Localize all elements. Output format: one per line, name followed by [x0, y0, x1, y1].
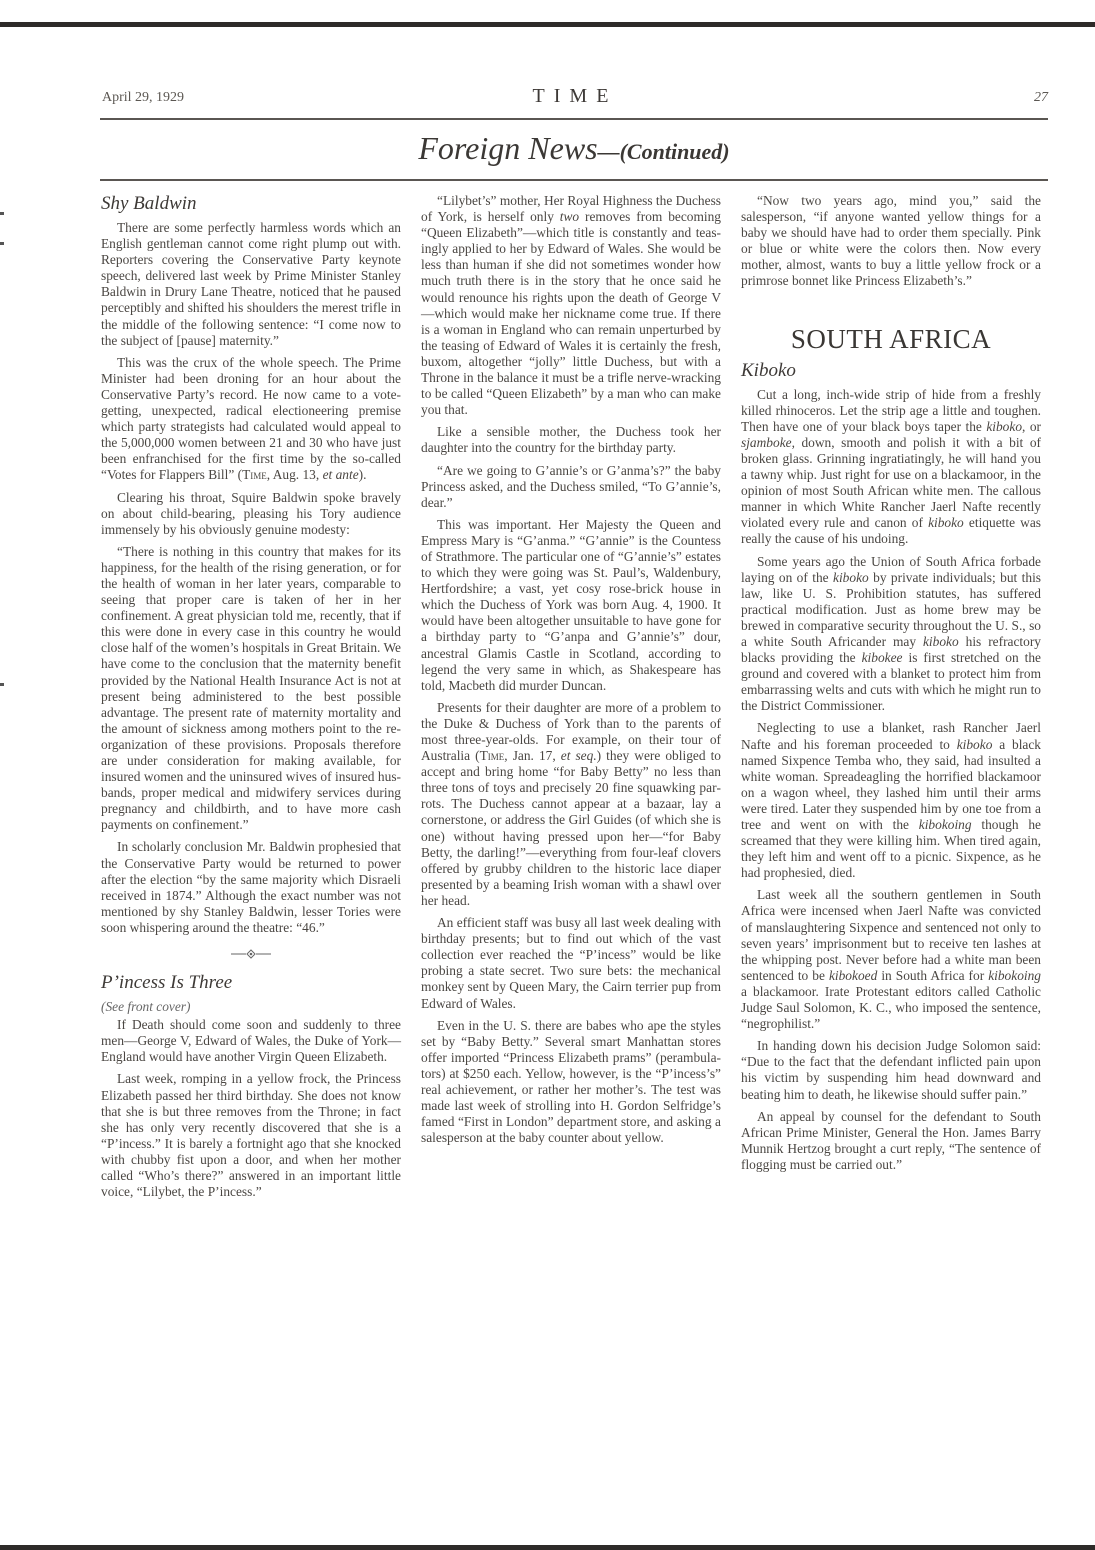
column-3: “Now two years ago, mind you,” said the … — [741, 193, 1041, 1179]
column-1: Shy Baldwin There are some perfectly har… — [101, 193, 401, 1206]
running-head: April 29, 1929 TIME 27 — [102, 84, 1048, 114]
paragraph: Some years ago the Union of South Africa… — [741, 554, 1041, 715]
diamond-rule-icon — [231, 949, 271, 959]
section-continued: —(Continued) — [598, 139, 730, 164]
paragraph: “Are we going to G’annie’s or G’an­ma’s?… — [421, 463, 721, 511]
paragraph: “Now two years ago, mind you,” said the … — [741, 193, 1041, 290]
margin-mark — [0, 212, 4, 215]
paragraph: In handing down his decision Judge Solom… — [741, 1038, 1041, 1102]
paragraph: In scholarly conclusion Mr. Baldwin prop… — [101, 839, 401, 936]
paragraph: There are some perfectly harmless words … — [101, 220, 401, 349]
section-title: Foreign News—(Continued) — [100, 130, 1048, 167]
paragraph: Even in the U. S. there are babes who ap… — [421, 1018, 721, 1147]
time-citation: Time — [480, 748, 505, 763]
column-2: “Lilybet’s” mother, Her Royal Highness t… — [421, 193, 721, 1152]
bottom-border-rule — [0, 1545, 1095, 1550]
paragraph: An efficient staff was busy all last wee… — [421, 915, 721, 1012]
paragraph: An appeal by counsel for the defendant t… — [741, 1109, 1041, 1173]
margin-mark — [0, 242, 4, 245]
article-separator-ornament — [101, 944, 401, 964]
paragraph: Cut a long, inch-wide strip of hide from… — [741, 387, 1041, 548]
section-rule — [100, 179, 1048, 181]
paragraph: Last week all the southern gentlemen in … — [741, 887, 1041, 1032]
time-citation: Time — [242, 467, 267, 482]
header-rule — [100, 118, 1048, 120]
paragraph: This was the crux of the whole speech. T… — [101, 355, 401, 484]
margin-mark — [0, 683, 4, 686]
article-kicker: (See front cover) — [101, 999, 401, 1015]
paragraph: Clearing his throat, Squire Baldwin spok… — [101, 490, 401, 538]
paragraph: This was important. Her Majesty the Quee… — [421, 517, 721, 694]
section-name: Foreign News — [418, 130, 597, 166]
top-border-rule — [0, 22, 1095, 27]
paragraph: Neglecting to use a blanket, rash Ranche… — [741, 720, 1041, 881]
article-headline: P’incess Is Three — [101, 972, 401, 994]
paragraph: If Death should come soon and sud­denly … — [101, 1017, 401, 1065]
paragraph: Presents for their daughter are more of … — [421, 700, 721, 909]
country-heading: SOUTH AFRICA — [741, 324, 1041, 354]
page-number: 27 — [1034, 90, 1048, 106]
article-headline: Shy Baldwin — [101, 193, 401, 215]
paragraph: “There is nothing in this country that m… — [101, 544, 401, 834]
article-headline: Kiboko — [741, 360, 1041, 382]
paragraph: Like a sensible mother, the Duchess took… — [421, 424, 721, 456]
paragraph: “Lilybet’s” mother, Her Royal Highness t… — [421, 193, 721, 418]
magazine-title: TIME — [102, 85, 1048, 108]
paragraph: Last week, romping in a yellow frock, th… — [101, 1071, 401, 1200]
